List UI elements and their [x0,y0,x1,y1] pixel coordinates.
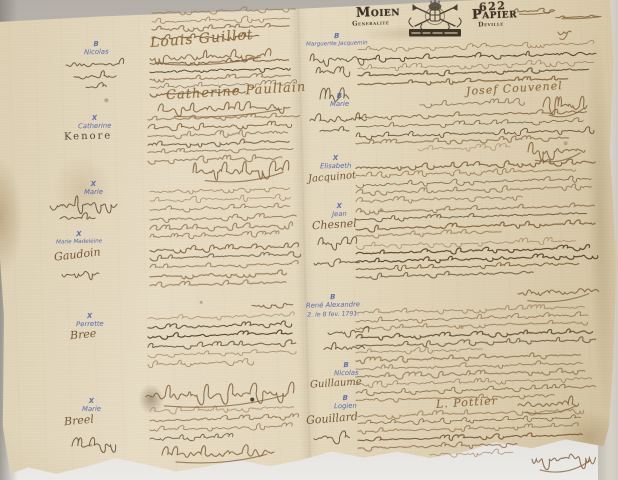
annotation-name: Marie [84,188,103,196]
page-number-stamp: 622 [479,0,507,14]
margin-annotation: XJean [332,202,347,218]
margin-ink-scribble [320,124,350,139]
annotation-name: Marie [330,100,349,108]
margin-ink-name: Bree [69,327,96,342]
scanned-manuscript: Moien Generalité Papier Devil [0,0,618,480]
signature-flourish [193,157,290,187]
signature-flourish [556,11,602,22]
margin-ink-scribble [314,255,360,270]
margin-ink-scribble [60,210,96,228]
margin-annotation: XMarie [84,180,103,196]
margin-annotation: XPerrette [76,312,104,329]
signature-flourish [514,5,556,17]
margin-ink-scribble [314,428,351,449]
stamp-crest-icon [402,0,468,38]
handwritten-line [150,276,283,292]
margin-annotation: BRené Alexandre2. le 8 fev. 1791. [306,292,361,319]
handwritten-line [418,141,509,156]
stamp-sub-left: Generalité [352,18,390,27]
signature-flourish [146,378,293,412]
margin-annotation: BNicolas [334,361,359,378]
annotation-name: Marguerite Jacquemin [306,39,368,49]
margin-ink-scribble [86,80,108,95]
signature-flourish [543,92,588,120]
signature-flourish [518,280,595,306]
margin-ink-scribble [72,433,115,458]
margin-ink-name: Chesnel [312,217,357,233]
annotation-name: Elisabeth [320,162,351,171]
margin-ink-scribble [324,338,367,359]
margin-annotation: BLogien [334,394,357,411]
margin-annotation: XElisabeth [320,154,352,171]
margin-annotation: XMarie Madeleine [56,229,103,246]
handwritten-line [430,446,513,461]
annotation-name: Logien [334,402,357,411]
margin-annotation: BNicolas [84,40,109,57]
handwritten-line [148,356,253,372]
margin-ink-name: Breel [63,413,94,429]
signature-flourish [528,137,585,165]
margin-ink-name: Guillaume [310,376,362,390]
margin-ink-name: Gaudoin [53,245,101,263]
signature-flourish [558,22,569,42]
annotation-name: Nicolas [84,48,109,57]
margin-annotation: BMarguerite Jacquemin [306,31,368,49]
margin-ink-name: Jacquinot [308,170,357,185]
page-content: Moien Generalité Papier Devil [0,0,618,480]
margin-ink-scribble [316,64,348,82]
margin-annotation: BMarie [330,92,349,108]
margin-annotation: XMarie [82,397,101,413]
margin-ink-scribble [318,233,359,254]
signature-flourish [162,441,275,468]
margin-ink-name: Kenore [64,130,113,142]
stamp-sub-right: Deville [478,20,504,29]
signature-flourish [518,392,581,418]
margin-annotation: XCatherine [78,114,112,131]
margin-ink-name: Gouillard [306,410,359,427]
annotation-name: Catherine [78,122,111,131]
annotation-date: 2. le 8 fev. 1791. [306,310,360,319]
annotation-name: René Alexandre [306,300,360,309]
signature-flourish [532,441,595,476]
margin-ink-scribble [62,264,101,285]
